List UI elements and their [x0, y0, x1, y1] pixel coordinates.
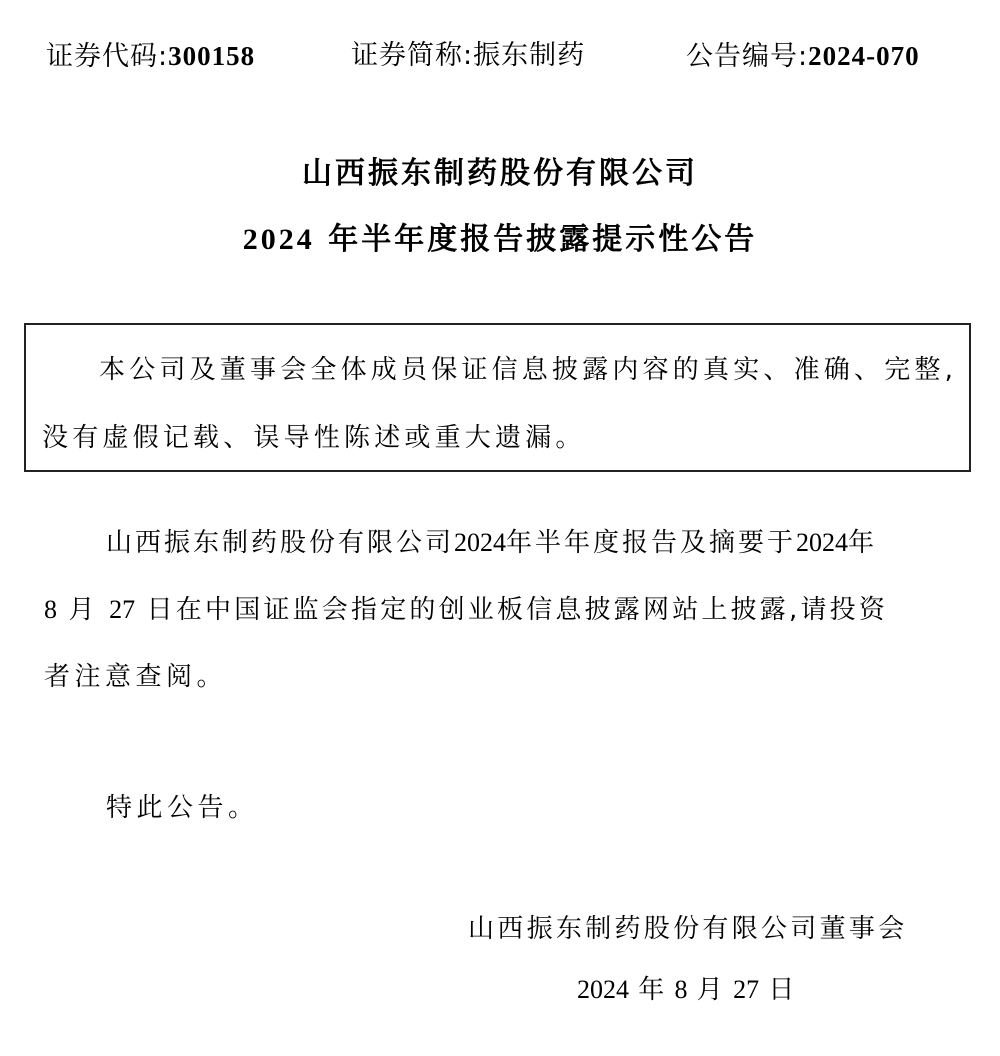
- publish-month: 8: [44, 595, 57, 624]
- announcement-number-value: 2024-070: [808, 41, 920, 71]
- stock-code-value: 300158: [168, 41, 255, 71]
- notice-line-1: 本公司及董事会全体成员保证信息披露内容的真实、准确、完整,: [99, 350, 957, 390]
- body-line-2: 8 月 27 日在中国证监会指定的创业板信息披露网站上披露,请投资: [44, 590, 888, 630]
- body-text: 年: [848, 528, 877, 558]
- stock-name-value: 振东制药: [473, 40, 585, 71]
- publish-day: 27: [109, 595, 135, 624]
- title-year: 2024: [243, 223, 315, 256]
- title-company: 山西振东制药股份有限公司: [0, 152, 1000, 196]
- title-subject-text: 年半年度报告披露提示性公告: [315, 222, 757, 257]
- title-subject: 2024 年半年度报告披露提示性公告: [0, 218, 1000, 262]
- signature-date: 2024 年 8 月 27 日: [577, 970, 795, 1010]
- body-line-3: 者注意查阅。: [44, 657, 227, 697]
- stock-code-label: 证券代码:: [46, 41, 168, 72]
- announcement-number: 公告编号:2024-070: [686, 36, 920, 77]
- body-line-1: 山西振东制药股份有限公司2024年半年度报告及摘要于2024年: [106, 523, 877, 563]
- date-sep: 月: [688, 975, 734, 1005]
- stock-code: 证券代码:300158: [46, 36, 255, 77]
- signature-board: 山西振东制药股份有限公司董事会: [468, 909, 908, 949]
- date-day: 27: [733, 975, 759, 1004]
- body-text: 日在中国证监会指定的创业板信息披露网站上披露,请投资: [135, 595, 888, 625]
- date-year: 2024: [577, 975, 629, 1004]
- date-month: 8: [675, 975, 688, 1004]
- notice-line-2: 没有虚假记载、误导性陈述或重大遗漏。: [42, 418, 586, 458]
- date-sep: 日: [759, 975, 795, 1005]
- publish-year: 2024: [796, 528, 848, 557]
- company-name: 山西振东制药股份有限公司: [106, 528, 454, 558]
- stock-name: 证券简称:振东制药: [351, 36, 585, 76]
- report-year: 2024: [454, 528, 506, 557]
- announcement-number-label: 公告编号:: [686, 41, 808, 72]
- stock-name-label: 证券简称:: [351, 40, 473, 71]
- closing-text: 特此公告。: [106, 788, 259, 828]
- body-text: 年半年度报告及摘要于: [506, 528, 796, 558]
- date-sep: 年: [629, 975, 675, 1005]
- body-text: 月: [57, 595, 109, 625]
